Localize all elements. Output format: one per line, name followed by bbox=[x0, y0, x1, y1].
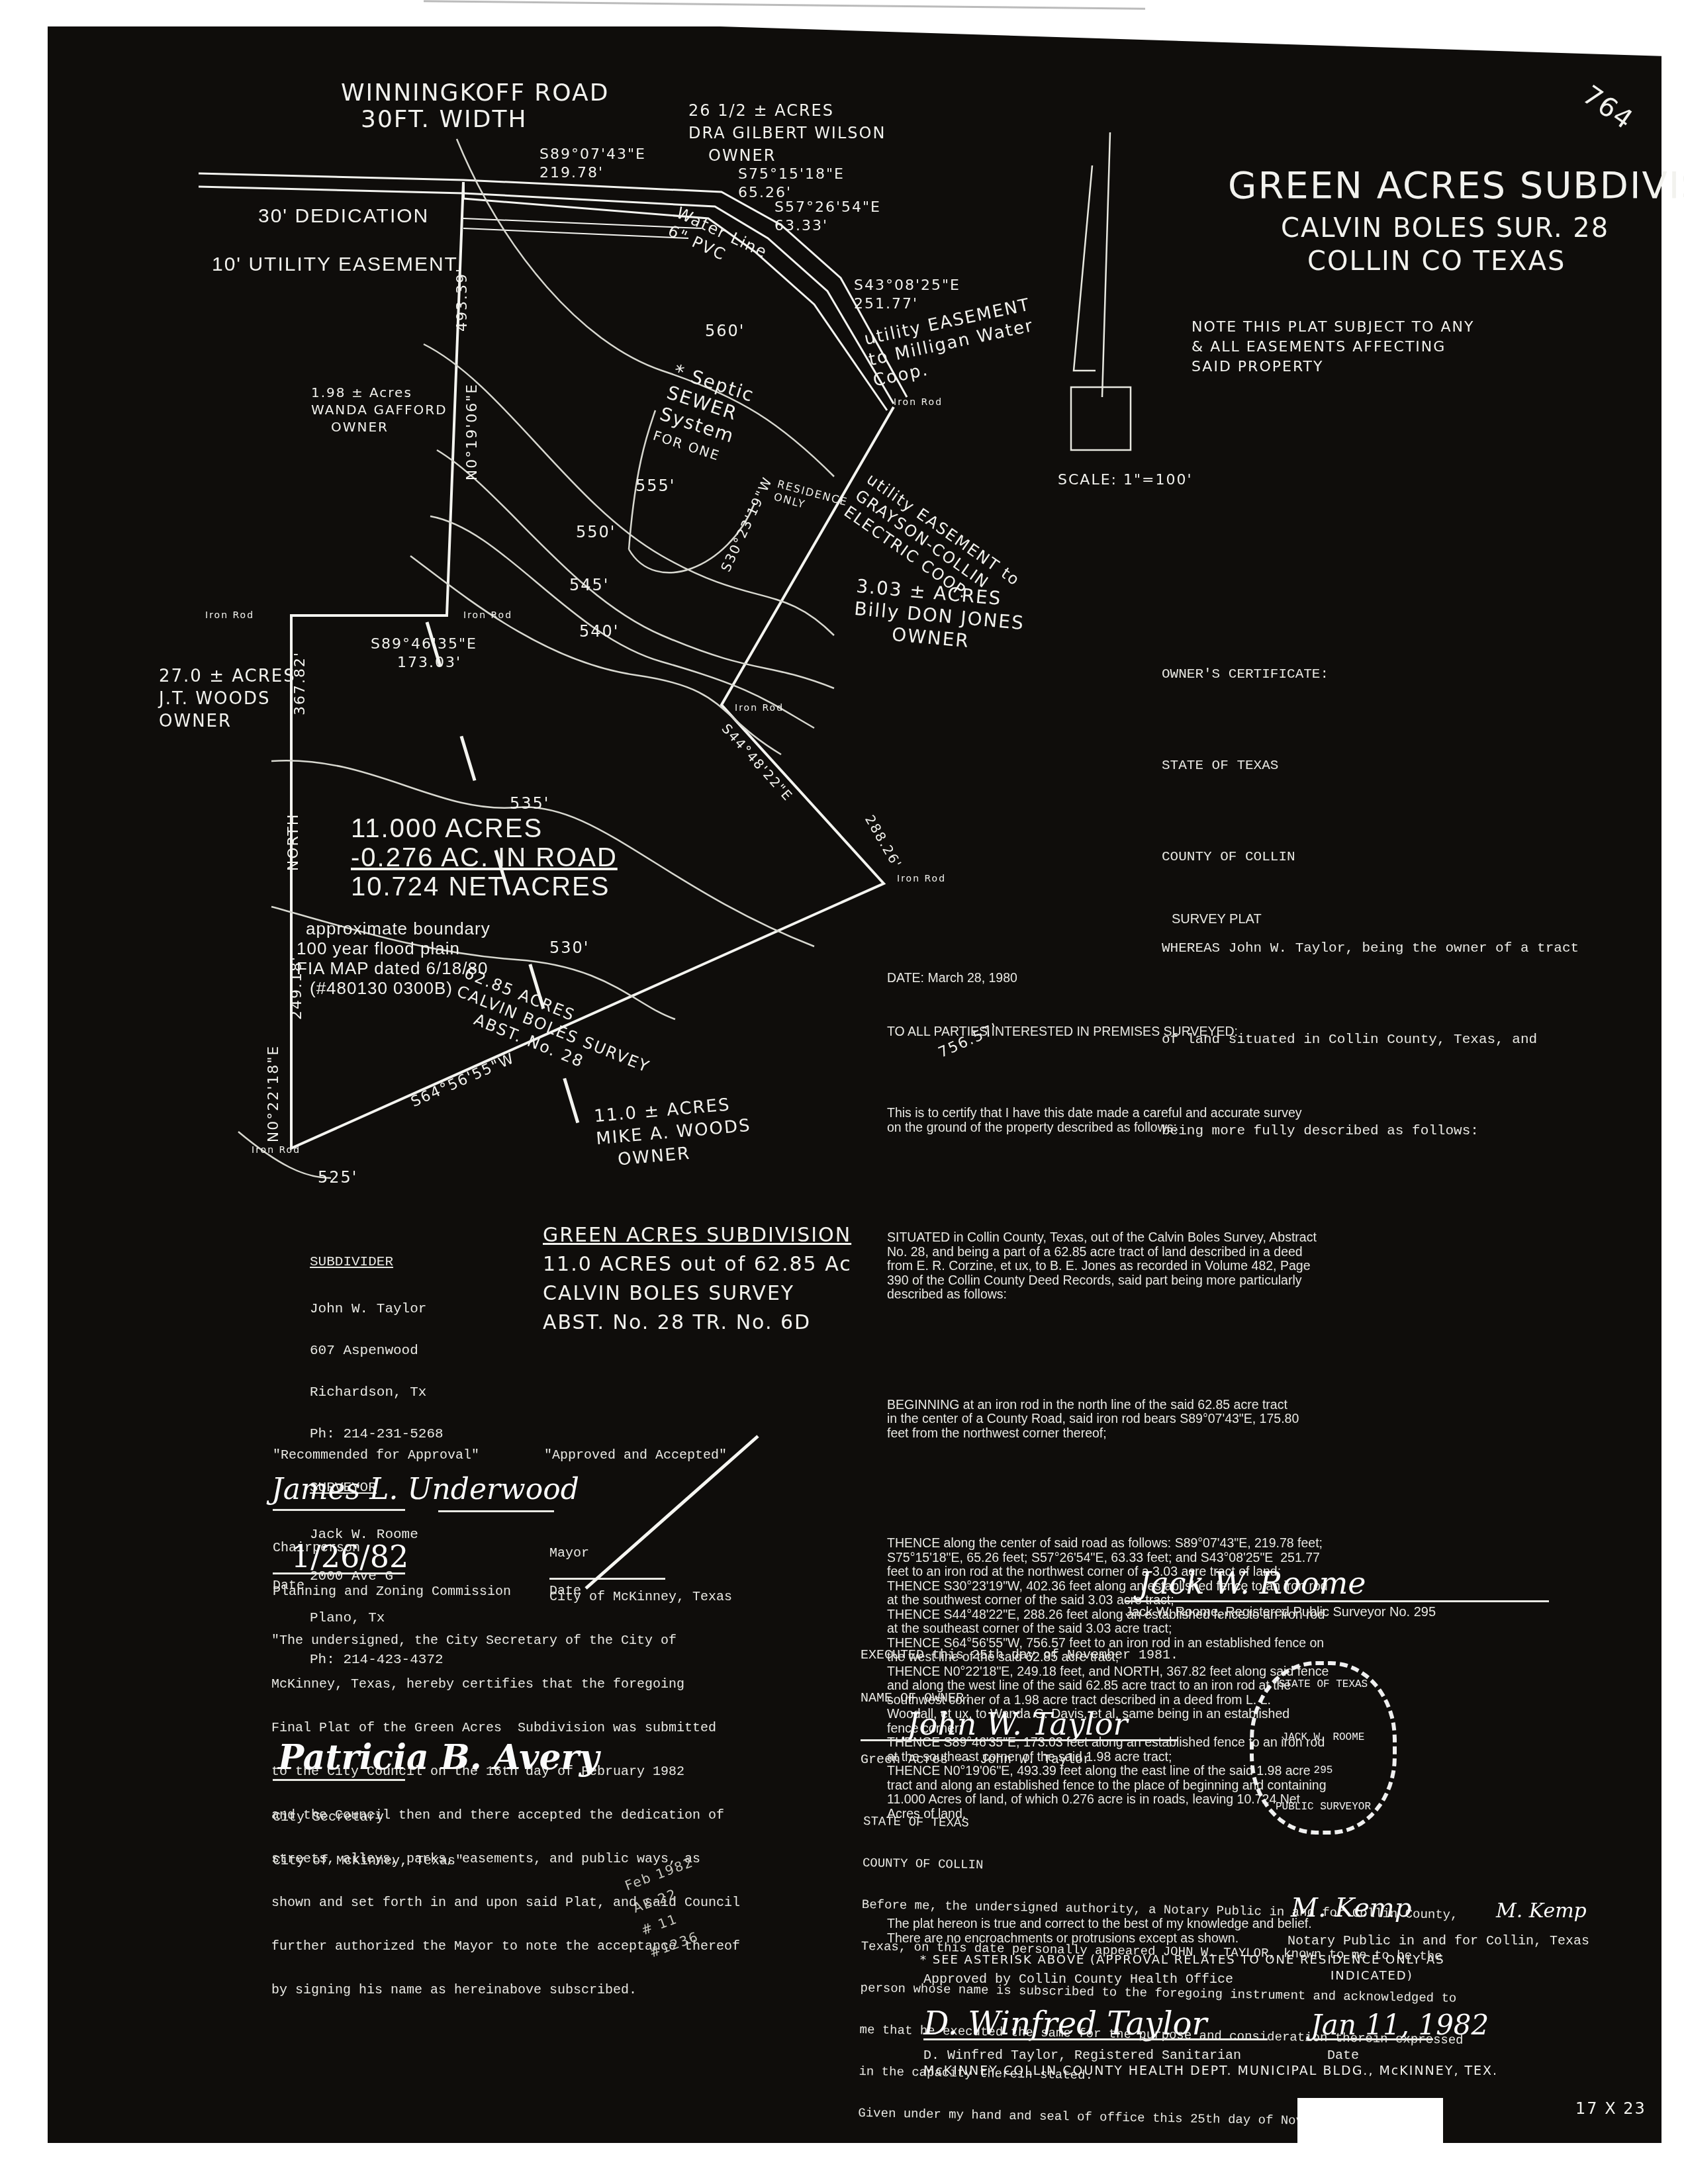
cert-line: "The undersigned, the City Secretary of … bbox=[271, 1634, 740, 1649]
secretary-title: City Secretary City of McKinney, Texas" bbox=[273, 1782, 463, 1884]
mayor-strike bbox=[0, 0, 1684, 2184]
title-line: City Secretary bbox=[273, 1811, 463, 1825]
title-line: City of McKinney, Texas" bbox=[273, 1854, 463, 1869]
signature-rule bbox=[273, 1779, 405, 1781]
cert-line: by signing his name as hereinabove subsc… bbox=[271, 1983, 740, 1998]
cert-line: Final Plat of the Green Acres Subdivisio… bbox=[271, 1721, 740, 1736]
secretary-signature: Patricia B. Avery bbox=[278, 1737, 599, 1778]
cert-line: McKinney, Texas, hereby certifies that t… bbox=[271, 1678, 740, 1692]
